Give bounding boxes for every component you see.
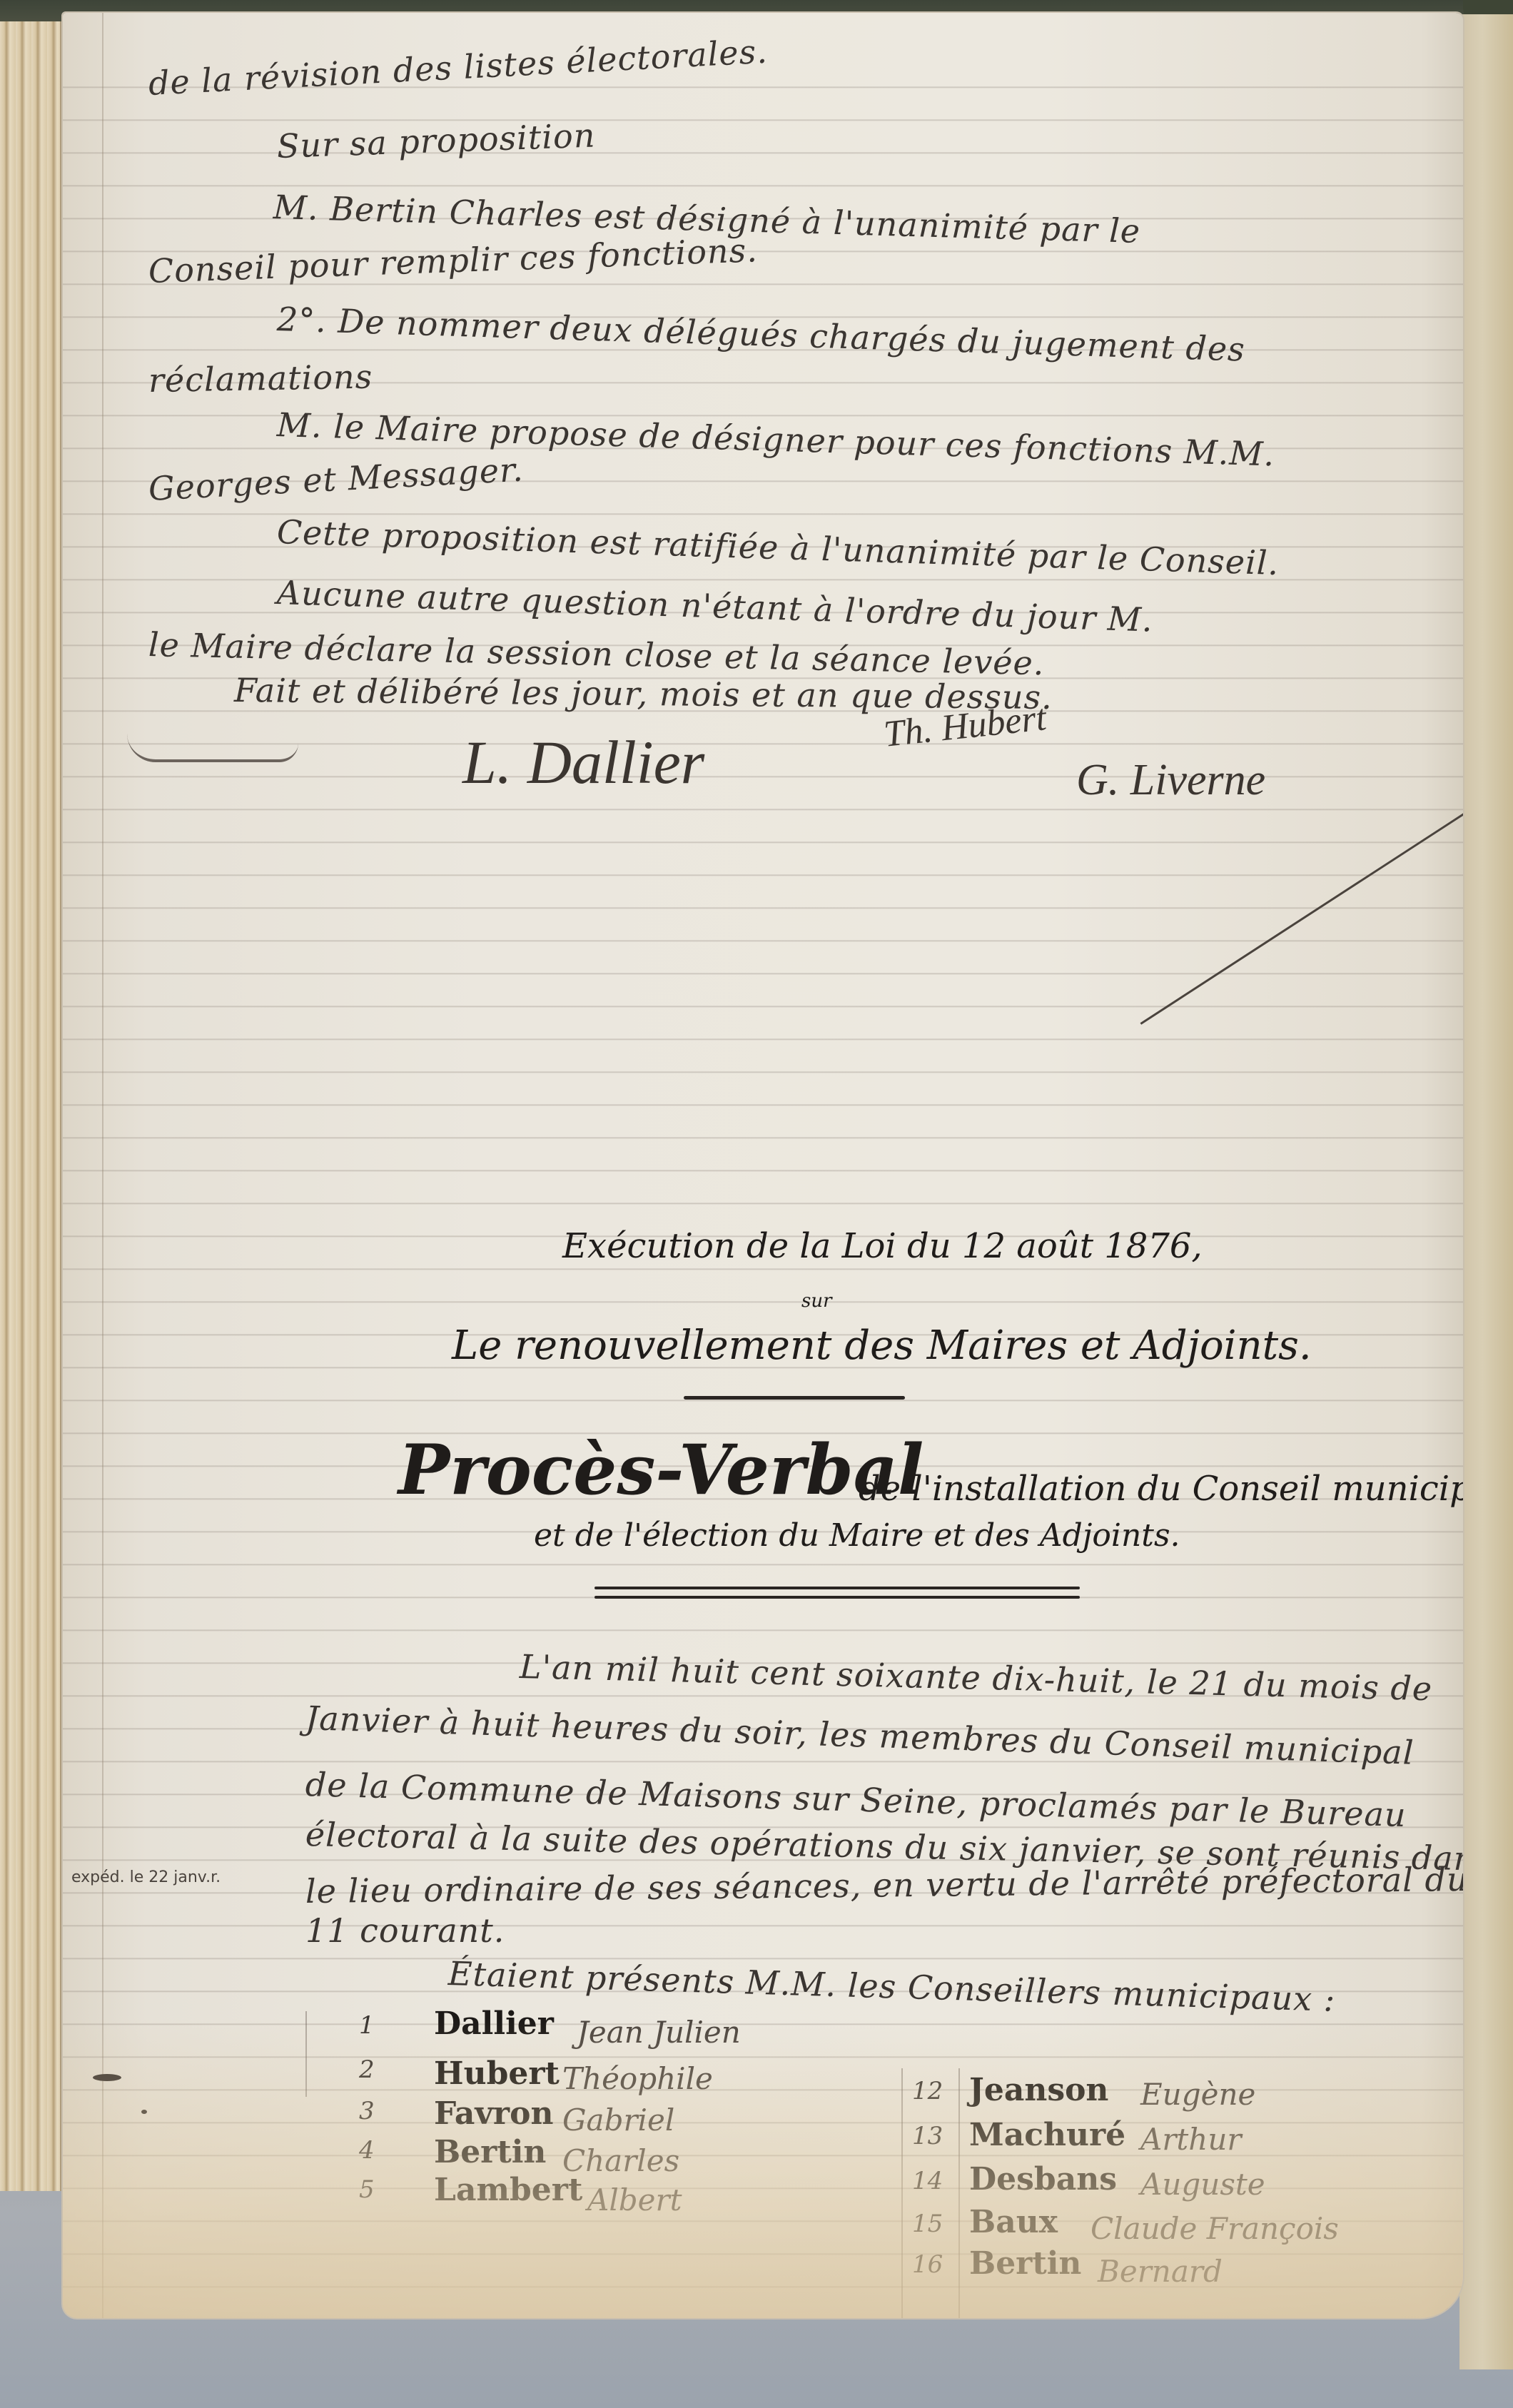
ink-blot — [141, 2110, 147, 2114]
title-double-rule-top — [594, 1587, 1080, 1589]
signature-flourish — [127, 734, 298, 762]
signature-liverne: G. Liverne — [1076, 755, 1265, 806]
title-double-rule-bottom — [594, 1596, 1080, 1599]
margin-rule — [102, 13, 103, 2318]
title-line-1: de l'installation du Conseil municipal — [859, 1469, 1463, 1509]
minutes-line: réclamations — [148, 358, 373, 400]
list-left-rule — [305, 2011, 307, 2097]
list-middle-rule — [901, 2068, 903, 2318]
ink-blot — [93, 2074, 121, 2081]
title-proces-verbal: Procès-Verbal — [398, 1430, 924, 1510]
list-middle-rule-2 — [958, 2068, 960, 2318]
heading-law-reference: Exécution de la Loi du 12 août 1876, — [562, 1226, 1203, 1266]
margin-annotation: expéd. le 22 janv.r. — [71, 1868, 221, 1886]
body-line: 11 courant. — [305, 1911, 505, 1950]
register-page: de la révision des listes électorales. S… — [63, 13, 1463, 2318]
page-stack-edge — [0, 21, 64, 2191]
heading-subject: Le renouvellement des Maires et Adjoints… — [452, 1322, 1312, 1369]
signature-dallier: L. Dallier — [462, 727, 704, 798]
heading-underline — [684, 1396, 905, 1400]
adjacent-page-edge — [1459, 14, 1513, 2369]
title-line-2: et de l'élection du Maire et des Adjoint… — [534, 1517, 1180, 1554]
heading-sur: sur — [801, 1290, 832, 1312]
